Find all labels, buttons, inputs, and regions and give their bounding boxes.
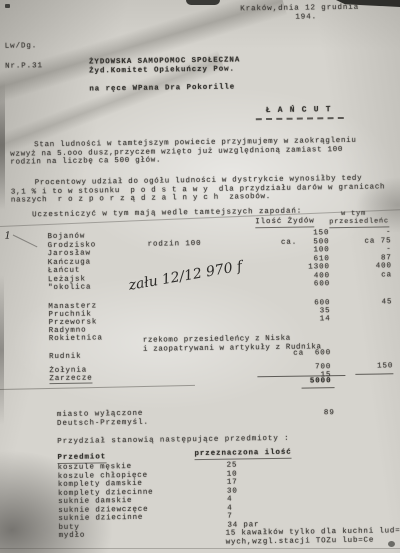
scanned-document: Kraków,dnia 12 grudnia 194. Lw/Dg. Nr.P.… <box>0 0 400 553</box>
items-table-rows: koszule męskie25koszule chłopięce10kompl… <box>0 0 400 553</box>
item-quantity: 4 <box>227 504 232 512</box>
item-quantity: 25 <box>227 461 238 469</box>
item-name: buty <box>58 523 79 531</box>
item-quantity: 17 <box>227 478 238 486</box>
item-quantity: 30 <box>227 487 238 495</box>
item-quantity: 34 par <box>227 521 259 529</box>
item-quantity-note: wych,wzgl.stacji TOZu lub=Ce <box>226 536 375 546</box>
item-name: mydło <box>59 532 86 540</box>
item-quantity: 4 <box>227 496 232 504</box>
item-quantity: 10 <box>227 470 238 478</box>
item-quantity: 7 <box>227 513 232 521</box>
document-content: Kraków,dnia 12 grudnia 194. Lw/Dg. Nr.P.… <box>0 0 400 553</box>
